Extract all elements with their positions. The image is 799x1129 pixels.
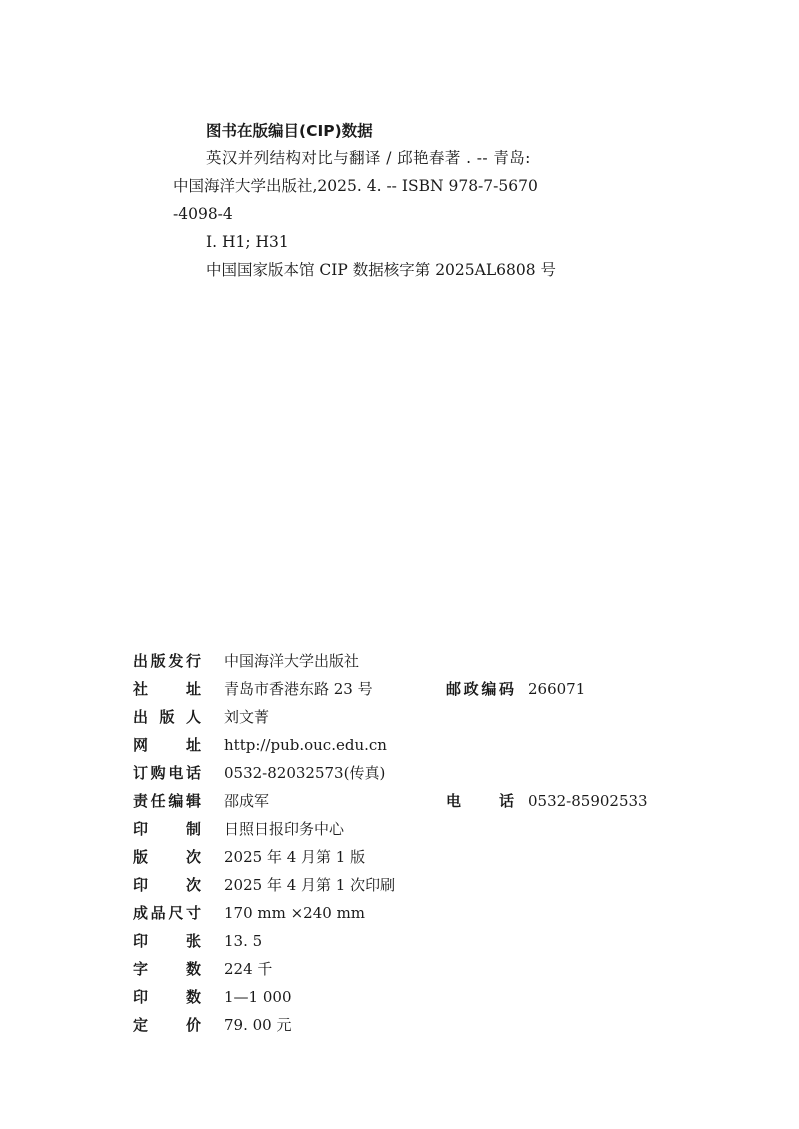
colophon-row-printer: 印制 日照日报印务中心 [0,818,799,840]
row-label: 定价 [133,1014,201,1036]
row-label: 印数 [133,986,201,1008]
colophon-row-address: 社址 青岛市香港东路 23 号 邮政编码 266071 [0,678,799,700]
colophon-row-order-phone: 订购电话 0532-82032573(传真) [0,762,799,784]
row-value-postcode: 266071 [528,678,585,700]
cip-title-statement: 英汉并列结构对比与翻译 / 邱艳春著 . -- 青岛: [206,148,531,168]
colophon-row-edition: 版次 2025 年 4 月第 1 版 [0,846,799,868]
cip-isbn-continued: -4098-4 [173,204,233,224]
row-value: 2025 年 4 月第 1 次印刷 [224,874,395,896]
row-label: 成品尺寸 [133,902,201,924]
row-label: 版次 [133,846,201,868]
row-value: 79. 00 元 [224,1014,291,1036]
row-value: 2025 年 4 月第 1 版 [224,846,365,868]
colophon-row-publisher-person: 出版人 刘文菁 [0,706,799,728]
row-value: 13. 5 [224,930,262,952]
colophon-row-publisher: 出版发行 中国海洋大学出版社 [0,650,799,672]
row-value: 0532-82032573(传真) [224,762,385,784]
cip-publication-isbn: 中国海洋大学出版社,2025. 4. -- ISBN 978-7-5670 [173,176,538,196]
row-label: 网址 [133,734,201,756]
row-label: 订购电话 [133,762,201,784]
row-label: 出版人 [133,706,201,728]
row-value: 中国海洋大学出版社 [224,650,359,672]
row-value: 日照日报印务中心 [224,818,344,840]
row-value: 224 千 [224,958,272,980]
colophon-row-sheets: 印张 13. 5 [0,930,799,952]
row-label: 社址 [133,678,201,700]
row-label: 出版发行 [133,650,201,672]
colophon-row-website: 网址 http://pub.ouc.edu.cn [0,734,799,756]
cip-classification: Ⅰ. H1; H31 [206,232,289,252]
cip-title: 图书在版编目(CIP)数据 [206,121,373,141]
row-label: 字数 [133,958,201,980]
colophon-row-trim-size: 成品尺寸 170 mm ×240 mm [0,902,799,924]
row-label: 印制 [133,818,201,840]
row-label-phone: 电话 [446,790,514,812]
row-value: 青岛市香港东路 23 号 [224,678,373,700]
row-value: 170 mm ×240 mm [224,902,365,924]
row-label: 责任编辑 [133,790,201,812]
colophon-row-price: 定价 79. 00 元 [0,1014,799,1036]
row-value: 邵成军 [224,790,269,812]
colophon-row-printing: 印次 2025 年 4 月第 1 次印刷 [0,874,799,896]
row-value: 1—1 000 [224,986,292,1008]
row-label: 印张 [133,930,201,952]
cip-record-number: 中国国家版本馆 CIP 数据核字第 2025AL6808 号 [206,260,556,280]
row-value: 刘文菁 [224,706,269,728]
website-link: http://pub.ouc.edu.cn [224,734,387,756]
row-label-postcode: 邮政编码 [446,678,514,700]
row-value-phone: 0532-85902533 [528,790,648,812]
colophon-row-word-count: 字数 224 千 [0,958,799,980]
row-label: 印次 [133,874,201,896]
colophon-row-print-run: 印数 1—1 000 [0,986,799,1008]
colophon-row-editor: 责任编辑 邵成军 电话 0532-85902533 [0,790,799,812]
